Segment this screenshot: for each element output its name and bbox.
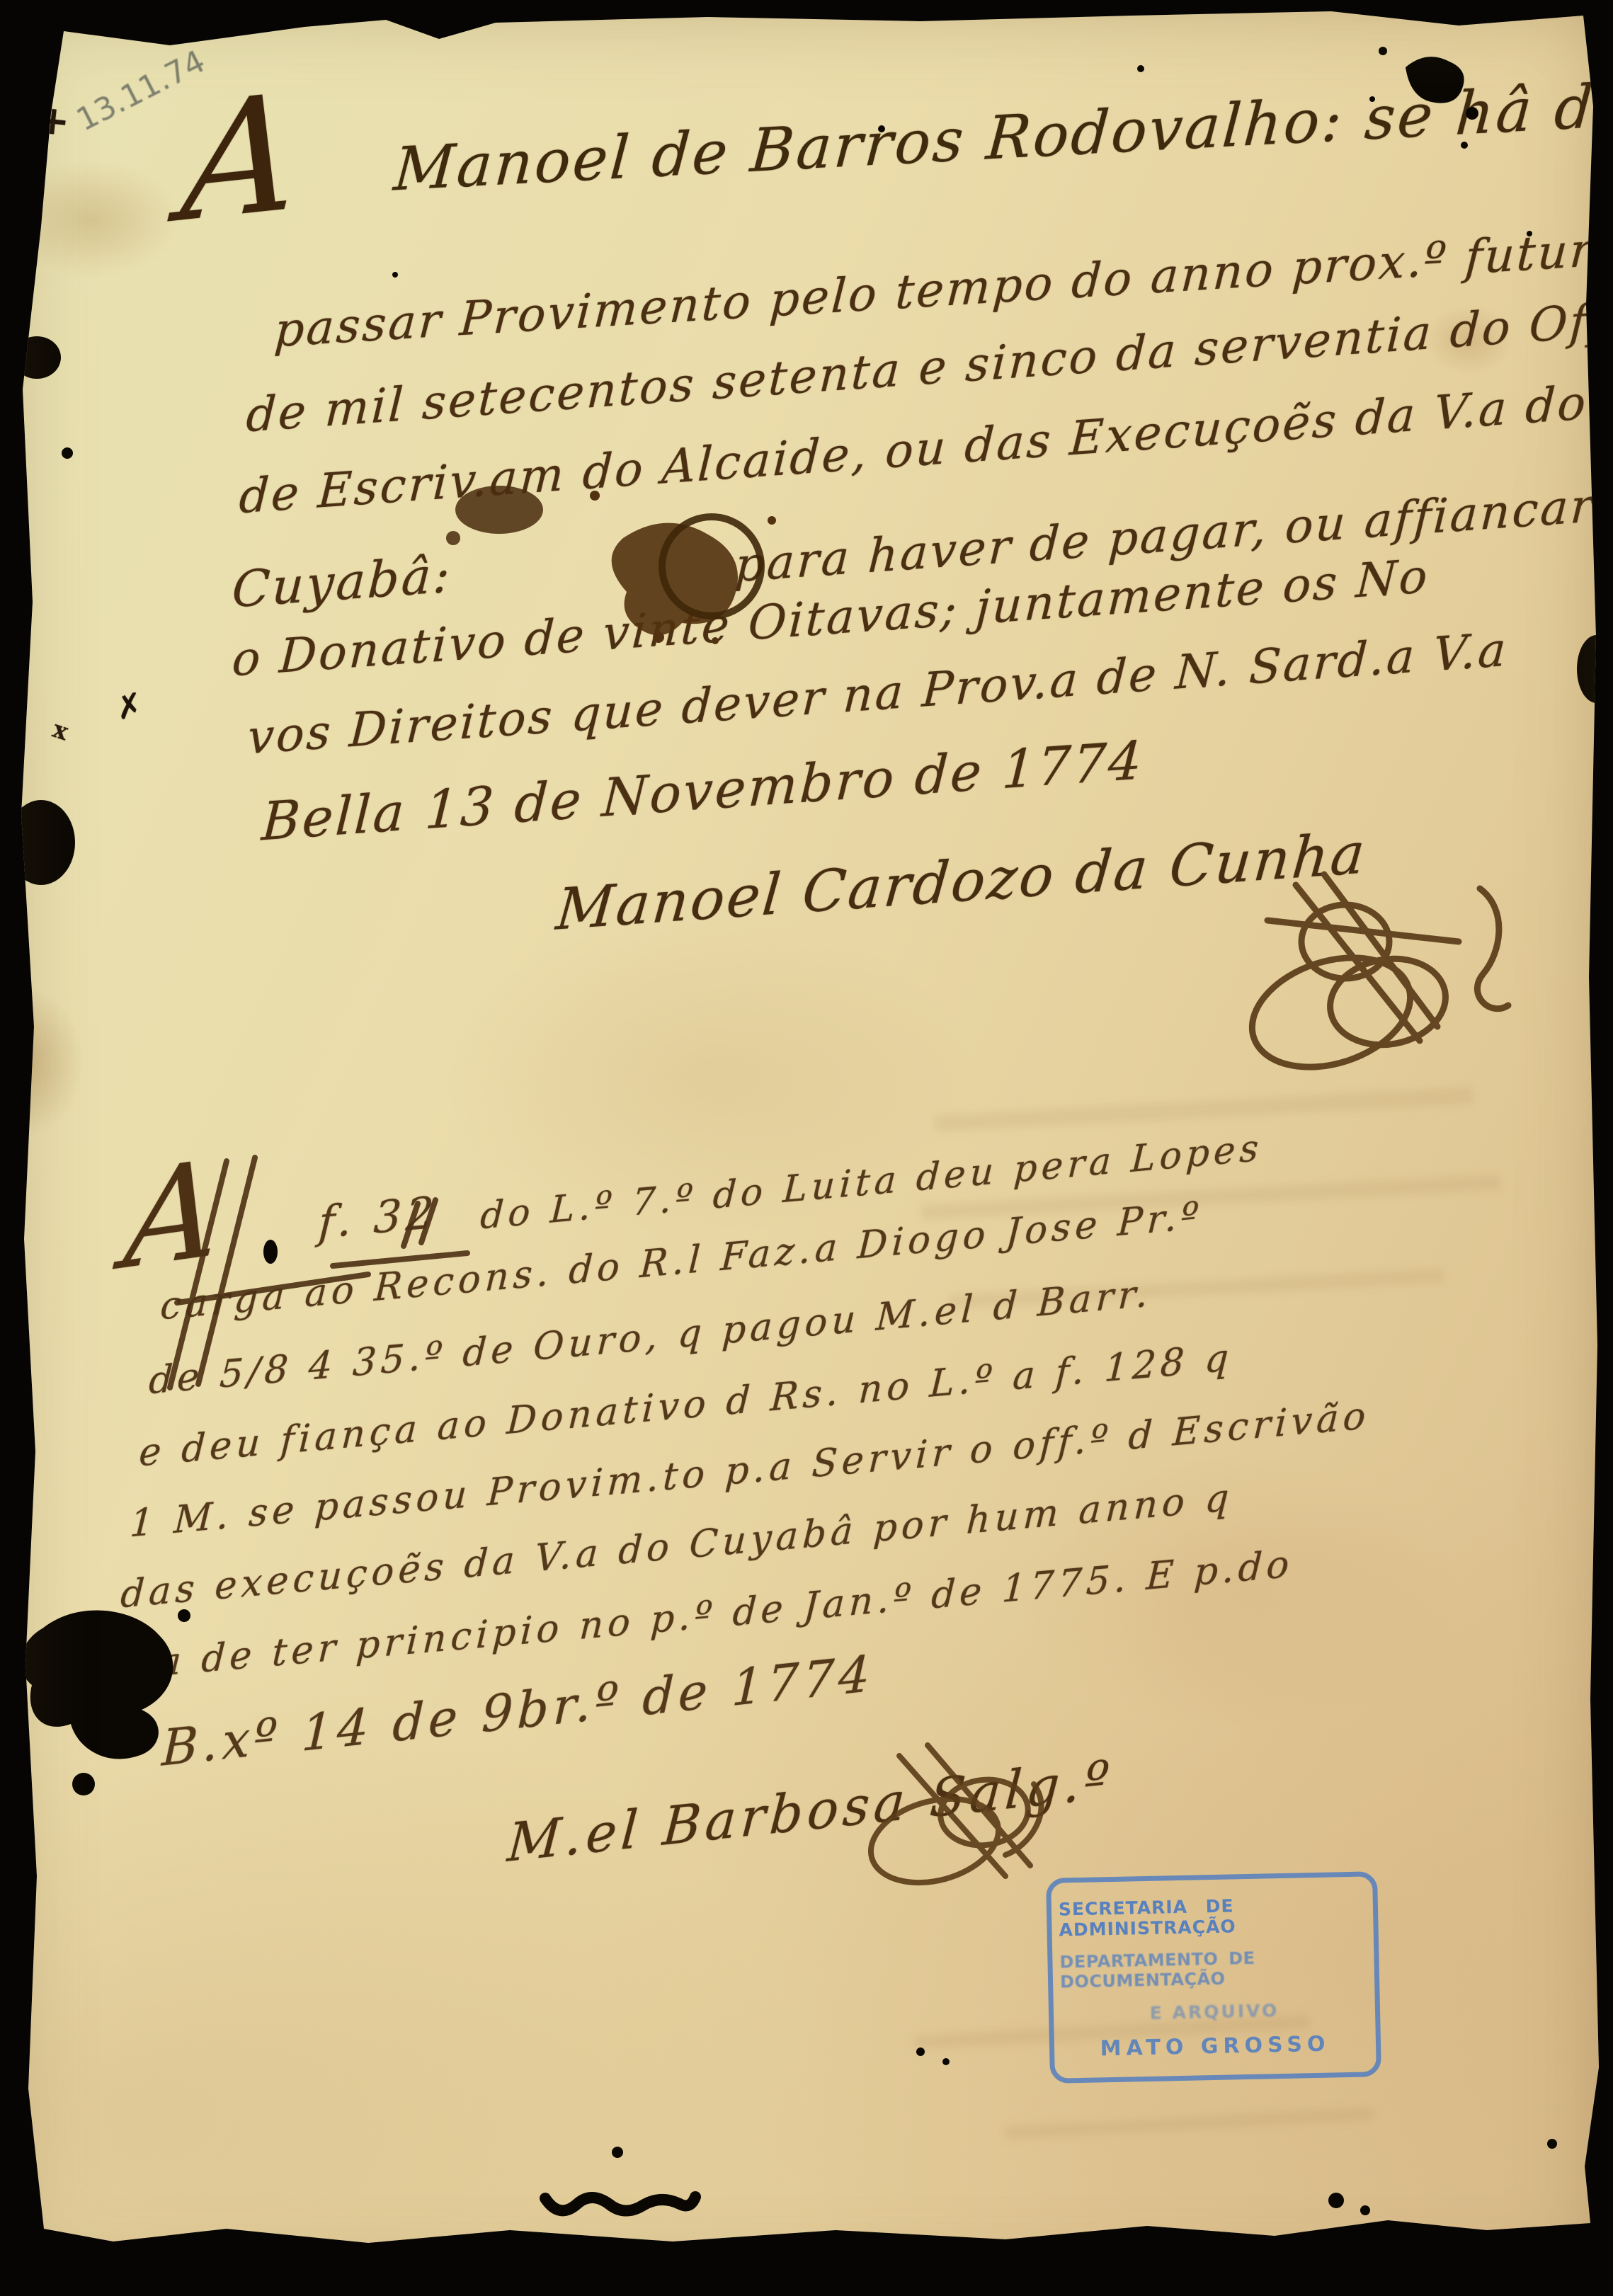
second-signature: M.el Barbosa Salg.º	[506, 1749, 1115, 1874]
archive-stamp: SECRETARIA DE ADMINISTRAÇÃO DEPARTAMENTO…	[1046, 1871, 1381, 2084]
bleedthrough-line	[935, 1087, 1473, 1132]
stamp-line-4: MATO GROSSO	[1100, 2031, 1330, 2061]
main-line-5a: Cuyabâ:	[231, 545, 454, 619]
second-initial: A	[120, 1130, 225, 1299]
scan-background: 13.11.74 + ✗ x A Manoel de Barros Rodova…	[0, 0, 1613, 2296]
cross-mark: +	[34, 96, 72, 146]
x-mark-2: x	[50, 715, 72, 746]
bottom-edge-squiggle	[545, 2197, 695, 2211]
main-initial: A	[176, 59, 304, 258]
stamp-line-1: SECRETARIA DE ADMINISTRAÇÃO	[1059, 1893, 1367, 1941]
stamp-line-3: E ARQUIVO	[1150, 2000, 1279, 2023]
bleedthrough-line	[1005, 2107, 1374, 2139]
document-paper: 13.11.74 + ✗ x A Manoel de Barros Rodova…	[0, 0, 1613, 2296]
stamp-line-2: DEPARTAMENTO DE DOCUMENTAÇÃO	[1059, 1946, 1367, 1992]
main-signature: Manoel Cardozo da Cunha	[554, 820, 1369, 943]
second-folio-ref: f. 32	[317, 1186, 439, 1248]
signature-rubric-1	[1238, 874, 1508, 1086]
x-mark-1: ✗	[112, 685, 147, 728]
main-line-1: Manoel de Barros Rodovalho: se hâ de	[392, 69, 1613, 204]
